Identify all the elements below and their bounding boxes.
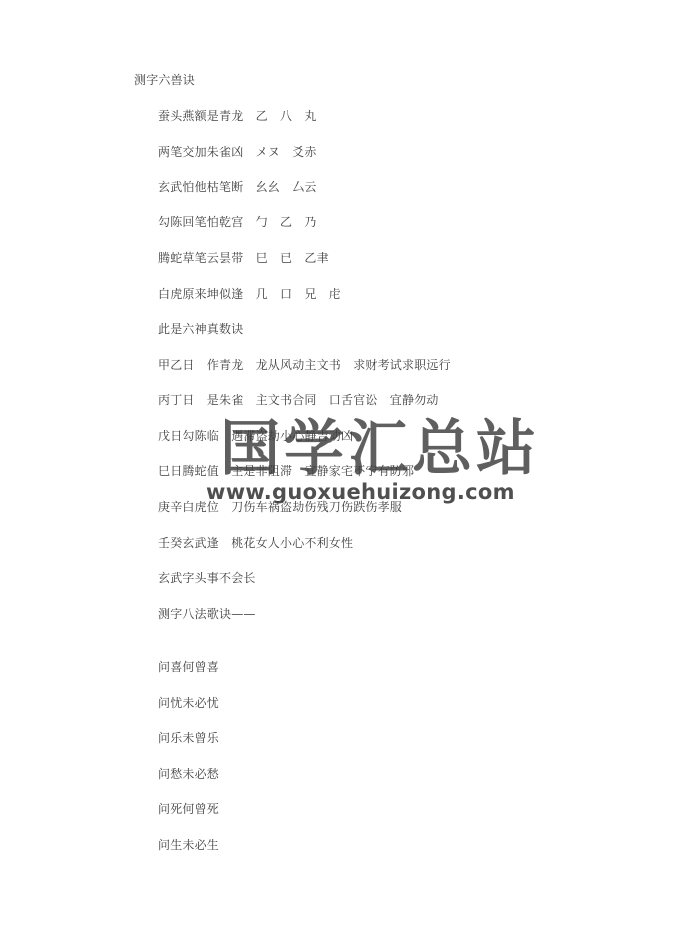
text-line: 腾蛇草笔云昙带 巳 已 乙聿 — [158, 251, 329, 265]
watermark-title: 国学汇总站 — [220, 418, 540, 480]
text-line: 壬癸玄武逢 桃花女人小心不利女性 — [158, 536, 353, 550]
document-page: 测字六兽诀 蚕头燕额是青龙 乙 八 丸 两笔交加朱雀凶 メヌ 爻赤 玄武怕他枯笔… — [0, 0, 700, 930]
text-line: 此是六神真数诀 — [158, 322, 243, 336]
text-line: 玄武怕他枯笔断 幺幺 厶云 — [158, 180, 317, 194]
document-title: 测字六兽诀 — [134, 73, 195, 87]
text-line: 玄武字头事不会长 — [158, 571, 256, 585]
text-line: 甲乙日 作青龙 龙从风动主文书 求财考试求职远行 — [158, 358, 451, 372]
text-line: 问生未必生 — [158, 838, 219, 852]
text-line: 测字八法歌诀—— — [158, 607, 256, 621]
text-line: 白虎原来坤似逢 几 口 兄 虍 — [158, 287, 341, 301]
text-line: 两笔交加朱雀凶 メヌ 爻赤 — [158, 145, 317, 159]
text-line: 蚕头燕额是青龙 乙 八 丸 — [158, 109, 317, 123]
text-line: 勾陈回笔怕乾宫 勹 乙 乃 — [158, 215, 317, 229]
text-line: 问愁未必愁 — [158, 767, 219, 781]
text-line: 问乐未曾乐 — [158, 731, 219, 745]
text-line: 问喜何曾喜 — [158, 660, 219, 674]
watermark-url: www.guoxuehuizong.com — [206, 480, 515, 504]
text-line: 丙丁日 是朱雀 主文书合同 口舌官讼 宜静勿动 — [158, 393, 439, 407]
text-line: 问忧未必忧 — [158, 696, 219, 710]
text-line: 问死何曾死 — [158, 802, 219, 816]
